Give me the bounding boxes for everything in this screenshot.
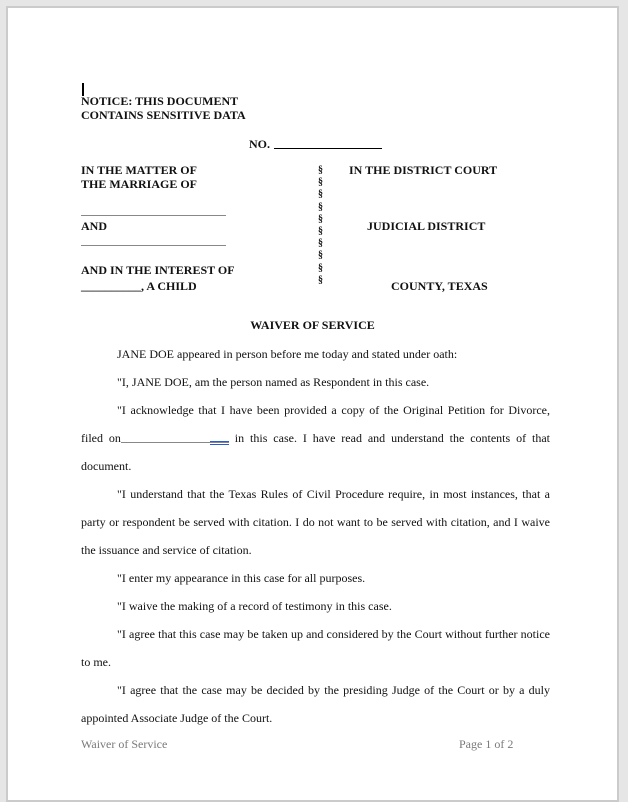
section-symbol: § — [318, 189, 328, 201]
paragraph-enter-appearance: "I enter my appearance in this case for … — [81, 564, 550, 592]
section-symbol: § — [318, 226, 328, 238]
caption-interest: AND IN THE INTEREST OF — [81, 263, 235, 277]
case-number: NO. — [249, 137, 382, 152]
section-symbol: § — [318, 263, 328, 275]
paragraph-appearance-statement: JANE DOE appeared in person before me to… — [81, 340, 550, 368]
caption-child: __________, A CHILD — [81, 279, 197, 293]
matter-line-2: THE MARRIAGE OF — [81, 177, 197, 191]
section-symbol-column: §§§§§§§§§§ — [318, 165, 328, 287]
notice-line-1: NOTICE: THIS DOCUMENT — [81, 94, 246, 108]
acknowledge-line-2-rest: in this case. I have read and understand… — [229, 431, 550, 445]
sensitive-data-notice: NOTICE: THIS DOCUMENT CONTAINS SENSITIVE… — [81, 94, 246, 122]
paragraph-waive-record: "I waive the making of a record of testi… — [81, 592, 550, 620]
caption-matter: IN THE MATTER OF THE MARRIAGE OF — [81, 163, 197, 191]
caption-county: COUNTY, TEXAS — [391, 279, 488, 294]
case-number-label: NO. — [249, 137, 270, 151]
caption-district: JUDICIAL DISTRICT — [367, 219, 485, 234]
section-symbol: § — [318, 177, 328, 189]
footer-page-number: Page 1 of 2 — [459, 737, 513, 752]
footer-document-name: Waiver of Service — [81, 737, 167, 752]
paragraph-rules: "I understand that the Texas Rules of Ci… — [81, 480, 550, 564]
section-symbol: § — [318, 238, 328, 250]
section-symbol: § — [318, 202, 328, 214]
notice-line-2: CONTAINS SENSITIVE DATA — [81, 108, 246, 122]
filed-on-label: filed on — [81, 431, 121, 445]
paragraph-no-notice: "I agree that this case may be taken up … — [81, 620, 550, 676]
judge-line-2: appointed Associate Judge of the Court. — [81, 704, 550, 732]
acknowledge-line-2: filed on in this case. I have read and u… — [81, 424, 550, 452]
filed-date-field[interactable] — [121, 432, 229, 443]
no-notice-line-1: "I agree that this case may be taken up … — [81, 620, 550, 648]
paragraph-acknowledge: "I acknowledge that I have been provided… — [81, 396, 550, 480]
judge-line-1: "I agree that the case may be decided by… — [81, 676, 550, 704]
respondent-name-field[interactable] — [81, 245, 226, 246]
no-notice-line-2: to me. — [81, 648, 550, 676]
field-marker-icon — [210, 441, 229, 445]
rules-line-3: the issuance and service of citation. — [81, 536, 550, 564]
document-page[interactable]: NOTICE: THIS DOCUMENT CONTAINS SENSITIVE… — [6, 6, 619, 802]
case-number-field[interactable] — [274, 138, 382, 149]
acknowledge-line-3: document. — [81, 452, 550, 480]
caption-and: AND — [81, 219, 107, 233]
section-symbol: § — [318, 214, 328, 226]
matter-line-1: IN THE MATTER OF — [81, 163, 197, 177]
document-title: WAIVER OF SERVICE — [8, 318, 617, 333]
rules-line-1: "I understand that the Texas Rules of Ci… — [81, 480, 550, 508]
section-symbol: § — [318, 165, 328, 177]
petitioner-name-field[interactable] — [81, 215, 226, 216]
section-symbol: § — [318, 275, 328, 287]
section-symbol: § — [318, 250, 328, 262]
acknowledge-line-1: "I acknowledge that I have been provided… — [81, 396, 550, 424]
rules-line-2: party or respondent be served with citat… — [81, 508, 550, 536]
paragraph-respondent: "I, JANE DOE, am the person named as Res… — [81, 368, 550, 396]
caption-court: IN THE DISTRICT COURT — [349, 163, 497, 178]
paragraph-judge: "I agree that the case may be decided by… — [81, 676, 550, 732]
